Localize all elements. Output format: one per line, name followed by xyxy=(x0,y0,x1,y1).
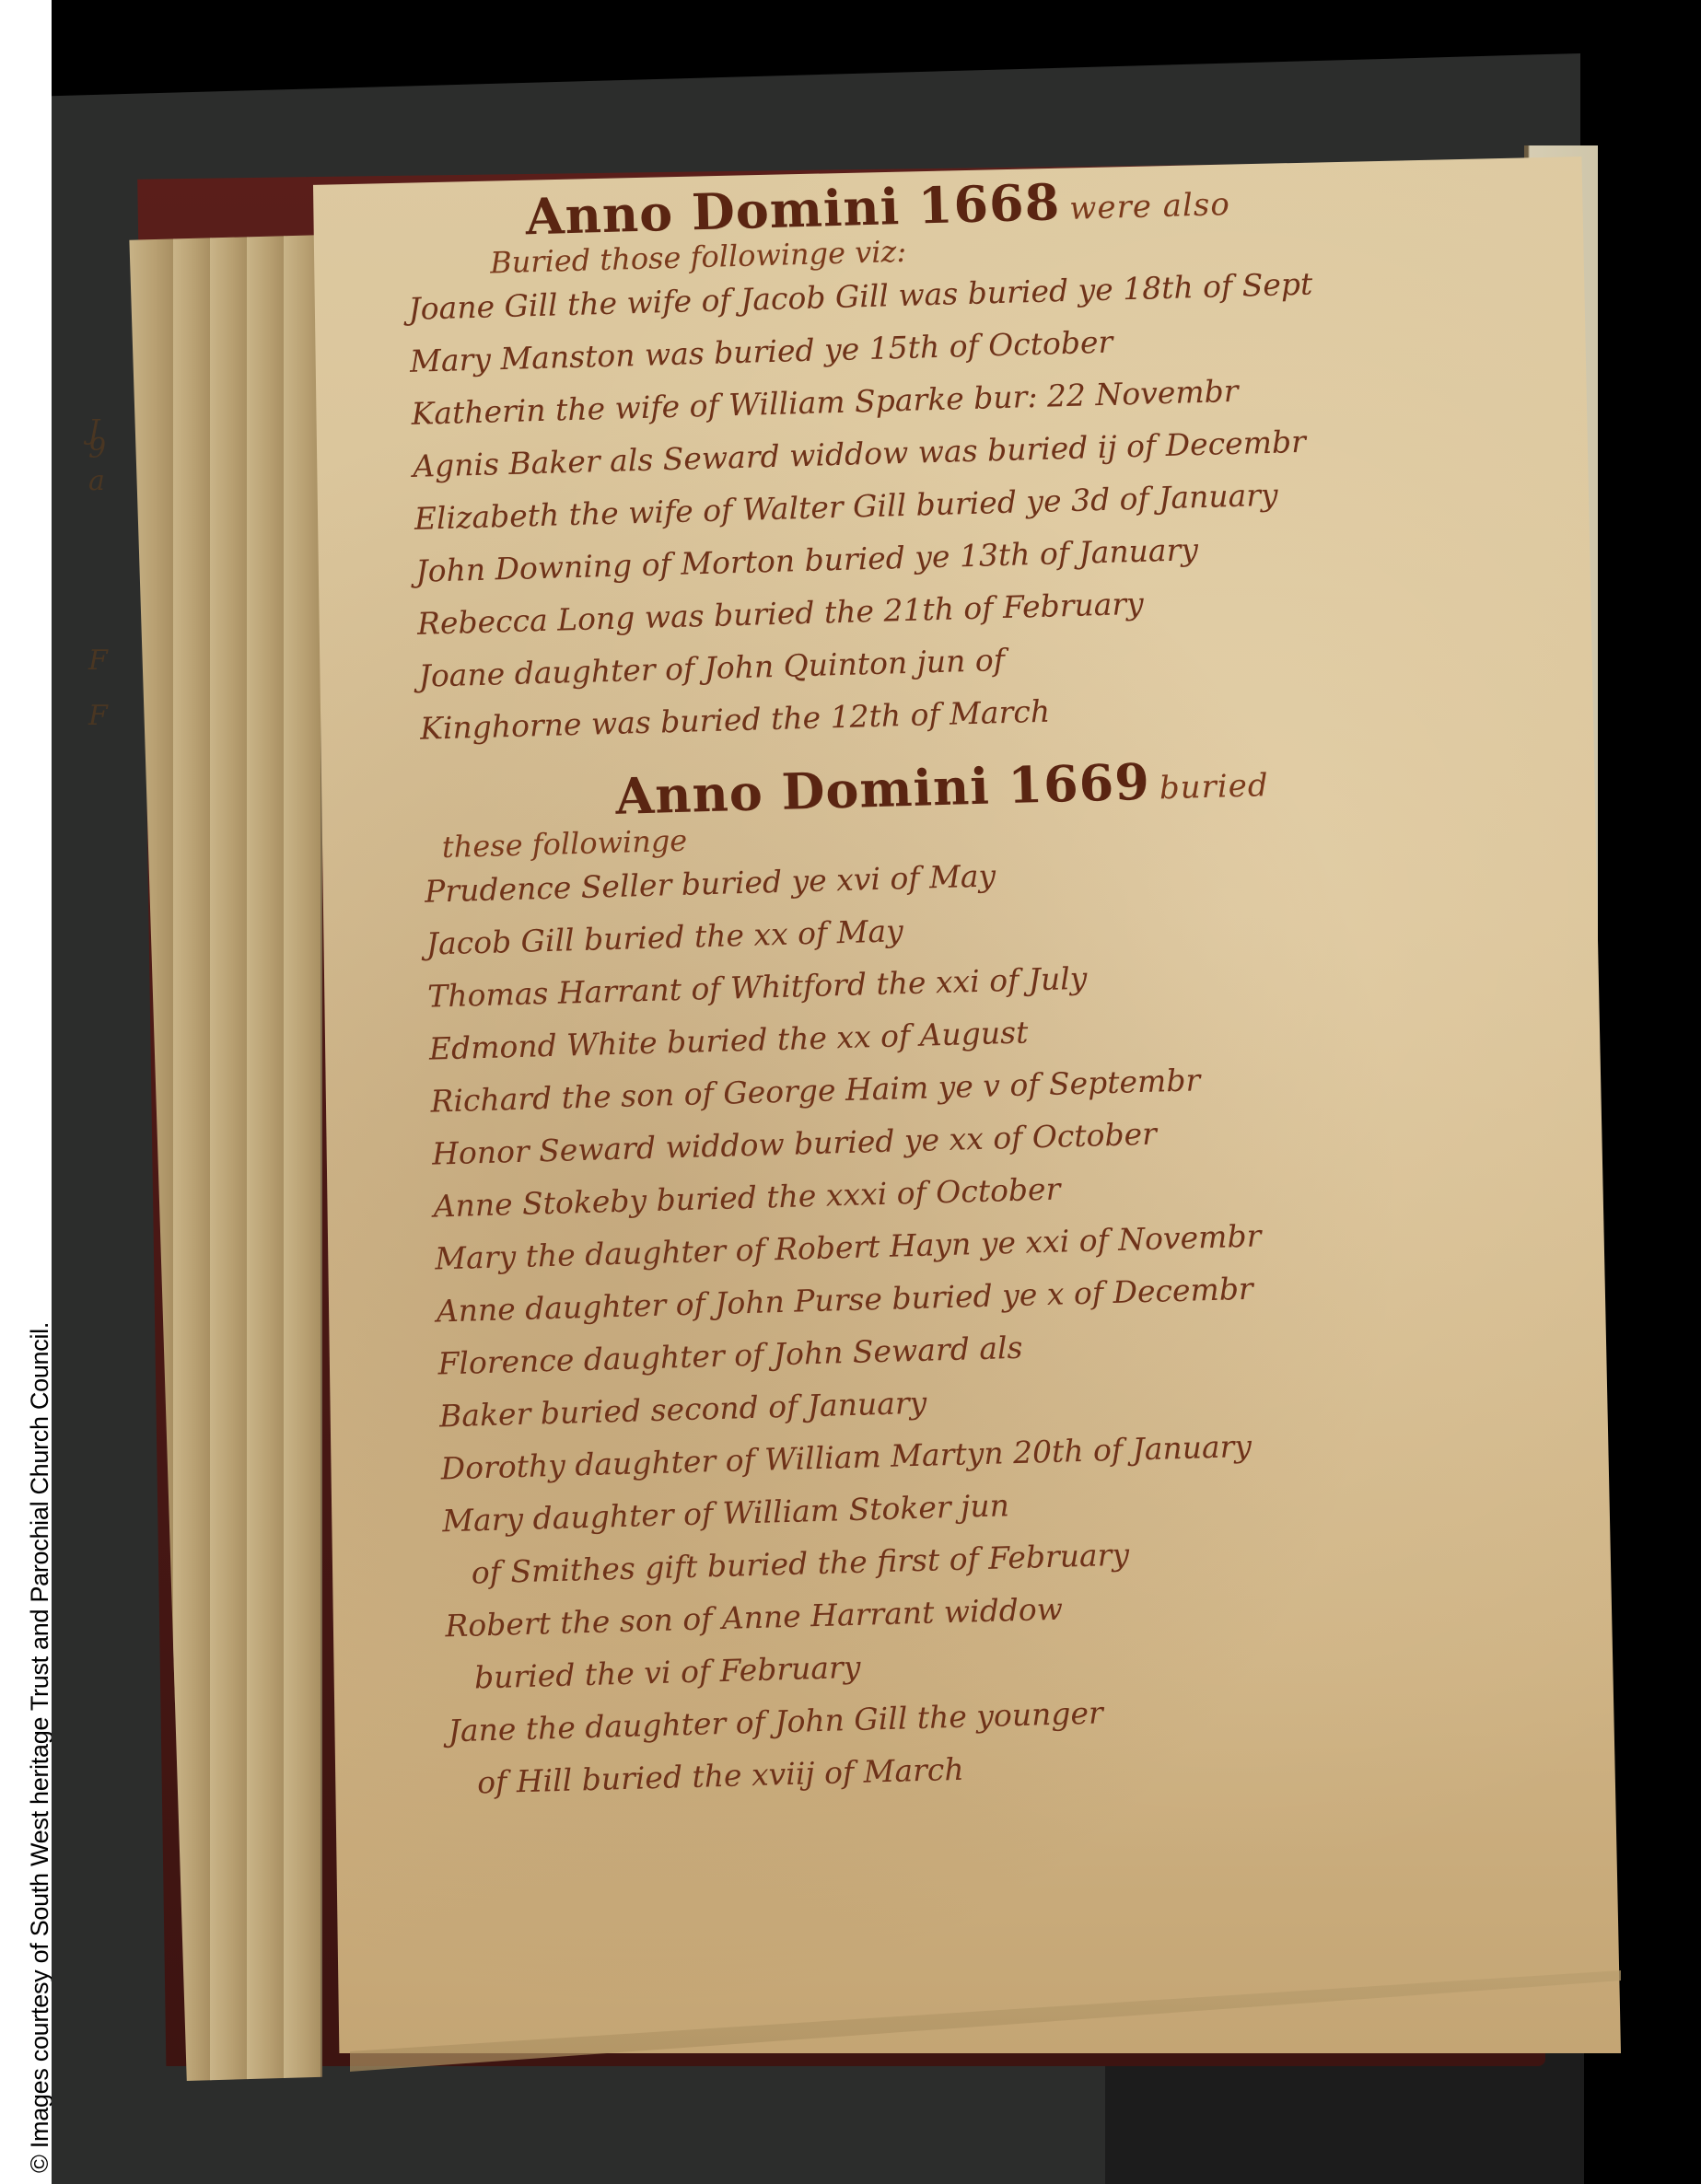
margin-mark: F xyxy=(88,700,108,732)
page-leaf xyxy=(284,203,322,2081)
credit-strip: © Images courtesy of South West heritage… xyxy=(0,0,52,2184)
section-1669: Anno Domini 1669buried these followinge … xyxy=(422,744,1592,1810)
section-1668: Anno Domini 1668were also Buried those f… xyxy=(405,161,1563,755)
margin-mark: 9 xyxy=(88,433,106,465)
copyright-credit: © Images courtesy of South West heritage… xyxy=(26,1322,54,2173)
margin-mark: a xyxy=(88,465,105,497)
page-leaf xyxy=(210,203,249,2081)
page-leaf xyxy=(173,203,212,2081)
register-text: Anno Domini 1668were also Buried those f… xyxy=(405,161,1592,1809)
page-leaf xyxy=(247,203,285,2081)
margin-mark: F xyxy=(88,645,108,677)
